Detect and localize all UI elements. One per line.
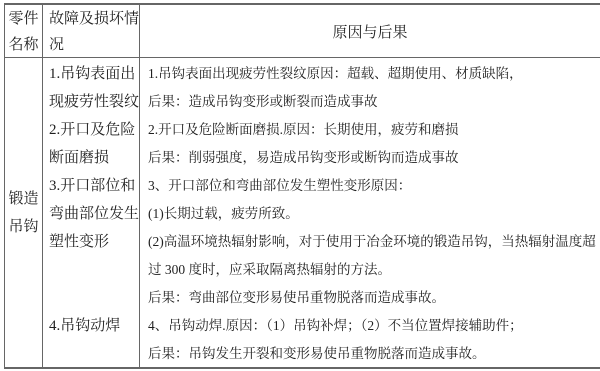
text-line: 1.吊钩表面出 — [49, 60, 139, 88]
text-line: (2)高温环境热辐射影响，对于使用于冶金环境的锻造吊钩，当热辐射温度超 — [148, 228, 600, 256]
text-line: 断面磨损 — [49, 144, 139, 172]
text-line: 4.吊钩动焊 — [49, 312, 139, 340]
failure-cause-table: 零件名称 故障及损坏情况 原因与后果 锻造吊钩 1.吊钩表面出现疲劳性裂纹2.开… — [4, 3, 600, 369]
text-line: 故障及损坏情 — [49, 6, 139, 32]
text-line — [49, 284, 139, 312]
header-fault-damage: 故障及损坏情况 — [43, 5, 140, 58]
text-line: 后果：吊钩发生开裂和变形易使吊重物脱落而造成事故。 — [148, 340, 600, 367]
cell-fault-list: 1.吊钩表面出现疲劳性裂纹2.开口及危险断面磨损3.开口部位和弯曲部位发生塑性变… — [43, 58, 140, 367]
header-part-name: 零件名称 — [5, 5, 43, 58]
cell-part-name: 锻造吊钩 — [5, 58, 43, 367]
text-line: 4、吊钩动焊.原因：（1）吊钩补焊；（2）不当位置焊接辅助件； — [148, 312, 600, 340]
text-line: 现疲劳性裂纹 — [49, 88, 139, 116]
text-line: 后果：削弱强度，易造成吊钩变形或断钩而造成事故 — [148, 144, 600, 172]
text-line: 塑性变形 — [49, 228, 139, 256]
text-line: 锻造 — [5, 185, 42, 213]
text-line: 零件 — [5, 6, 42, 32]
text-line: 3、开口部位和弯曲部位发生塑性变形原因： — [148, 172, 600, 200]
text-line: 2.开口及危险 — [49, 116, 139, 144]
text-line: 2.开口及危险断面磨损.原因：长期使用，疲劳和磨损 — [148, 116, 600, 144]
text-line: 吊钩 — [5, 213, 42, 241]
text-line: (1)长期过载，疲劳所致。 — [148, 200, 600, 228]
text-line: 弯曲部位发生 — [49, 200, 139, 228]
header-cause-consequence-label: 原因与后果 — [332, 21, 407, 42]
text-line: 后果：弯曲部位变形易使吊重物脱落而造成事故。 — [148, 284, 600, 312]
text-line: 后果：造成吊钩变形或断裂而造成事故 — [148, 88, 600, 116]
cell-cause-list: 1.吊钩表面出现疲劳性裂纹原因：超载、超期使用、材质缺陷，后果：造成吊钩变形或断… — [140, 58, 600, 367]
text-line — [49, 256, 139, 284]
text-line — [49, 340, 139, 367]
text-line: 过 300 度时，应采取隔离热辐射的方法。 — [148, 256, 600, 284]
text-line: 况 — [49, 32, 139, 58]
text-line: 3.开口部位和 — [49, 172, 139, 200]
text-line: 1.吊钩表面出现疲劳性裂纹原因：超载、超期使用、材质缺陷， — [148, 60, 600, 88]
text-line: 名称 — [5, 32, 42, 58]
header-cause-consequence: 原因与后果 — [140, 5, 600, 58]
